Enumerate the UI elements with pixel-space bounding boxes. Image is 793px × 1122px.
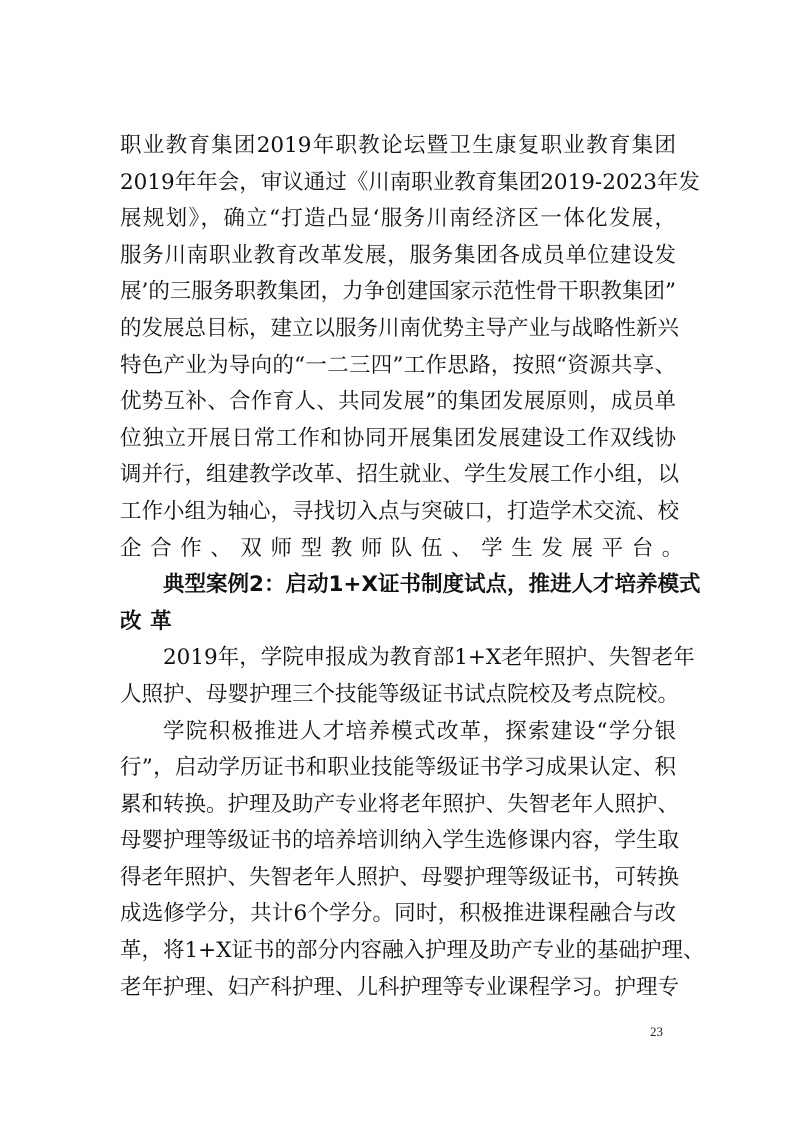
text-line: 学院积极推进人才培养模式改革，探索建设“学分银: [120, 714, 676, 751]
page-number: 23: [650, 1024, 663, 1040]
text-line: 优势互补、合作育人、共同发展”的集团发展原则，成员单: [120, 384, 676, 421]
text-line: 人照护、母婴护理三个技能等级证书试点院校及考点院校。: [120, 677, 676, 714]
text-line: 革，将1+X证书的部分内容融入护理及助产专业的基础护理、: [120, 933, 676, 970]
text-line: 2019年年会，审议通过《川南职业教育集团2019-2023年发: [120, 165, 676, 202]
text-line: 调并行，组建教学改革、招生就业、学生发展工作小组，以: [120, 457, 676, 494]
document-page: 职业教育集团2019年职教论坛暨卫生康复职业教育集团 2019年年会，审议通过《…: [0, 0, 793, 1122]
text-line: 行”，启动学历证书和职业技能等级证书学习成果认定、积: [120, 750, 676, 787]
heading-line: 改革: [120, 604, 676, 641]
text-line: 职业教育集团2019年职教论坛暨卫生康复职业教育集团: [120, 128, 676, 165]
paragraph-reform: 学院积极推进人才培养模式改革，探索建设“学分银 行”，启动学历证书和职业技能等级…: [120, 714, 676, 1007]
text-line: 老年护理、妇产科护理、儿科护理等专业课程学习。护理专: [120, 970, 676, 1007]
text-line: 位独立开展日常工作和协同开展集团发展建设工作双线协: [120, 421, 676, 458]
text-line: 企合作、双师型教师队伍、学生发展平台。: [120, 531, 676, 568]
text-line: 服务川南职业教育改革发展，服务集团各成员单位建设发: [120, 238, 676, 275]
paragraph-pilot: 2019年，学院申报成为教育部1+X老年照护、失智老年 人照护、母婴护理三个技能…: [120, 640, 676, 713]
text-line: 2019年，学院申报成为教育部1+X老年照护、失智老年: [120, 640, 676, 677]
text-line: 的发展总目标，建立以服务川南优势主导产业与战略性新兴: [120, 311, 676, 348]
text-line: 成选修学分，共计6个学分。同时，积极推进课程融合与改: [120, 896, 676, 933]
case-heading: 典型案例2：启动1+X证书制度试点，推进人才培养模式 改革: [120, 567, 676, 640]
heading-line: 典型案例2：启动1+X证书制度试点，推进人才培养模式: [120, 567, 676, 604]
text-line: 工作小组为轴心，寻找切入点与突破口，打造学术交流、校: [120, 494, 676, 531]
text-line: 母婴护理等级证书的培养培训纳入学生选修课内容，学生取: [120, 823, 676, 860]
paragraph-group-overview: 职业教育集团2019年职教论坛暨卫生康复职业教育集团 2019年年会，审议通过《…: [120, 128, 676, 567]
text-line: 展’的三服务职教集团，力争创建国家示范性骨干职教集团”: [120, 274, 676, 311]
text-line: 累和转换。护理及助产专业将老年照护、失智老年人照护、: [120, 787, 676, 824]
text-line: 展规划》，确立“打造凸显‘服务川南经济区一体化发展，: [120, 201, 676, 238]
document-body: 职业教育集团2019年职教论坛暨卫生康复职业教育集团 2019年年会，审议通过《…: [120, 128, 676, 1006]
text-line: 特色产业为导向的“一二三四”工作思路，按照“资源共享、: [120, 348, 676, 385]
text-line: 得老年照护、失智老年人照护、母婴护理等级证书，可转换: [120, 860, 676, 897]
